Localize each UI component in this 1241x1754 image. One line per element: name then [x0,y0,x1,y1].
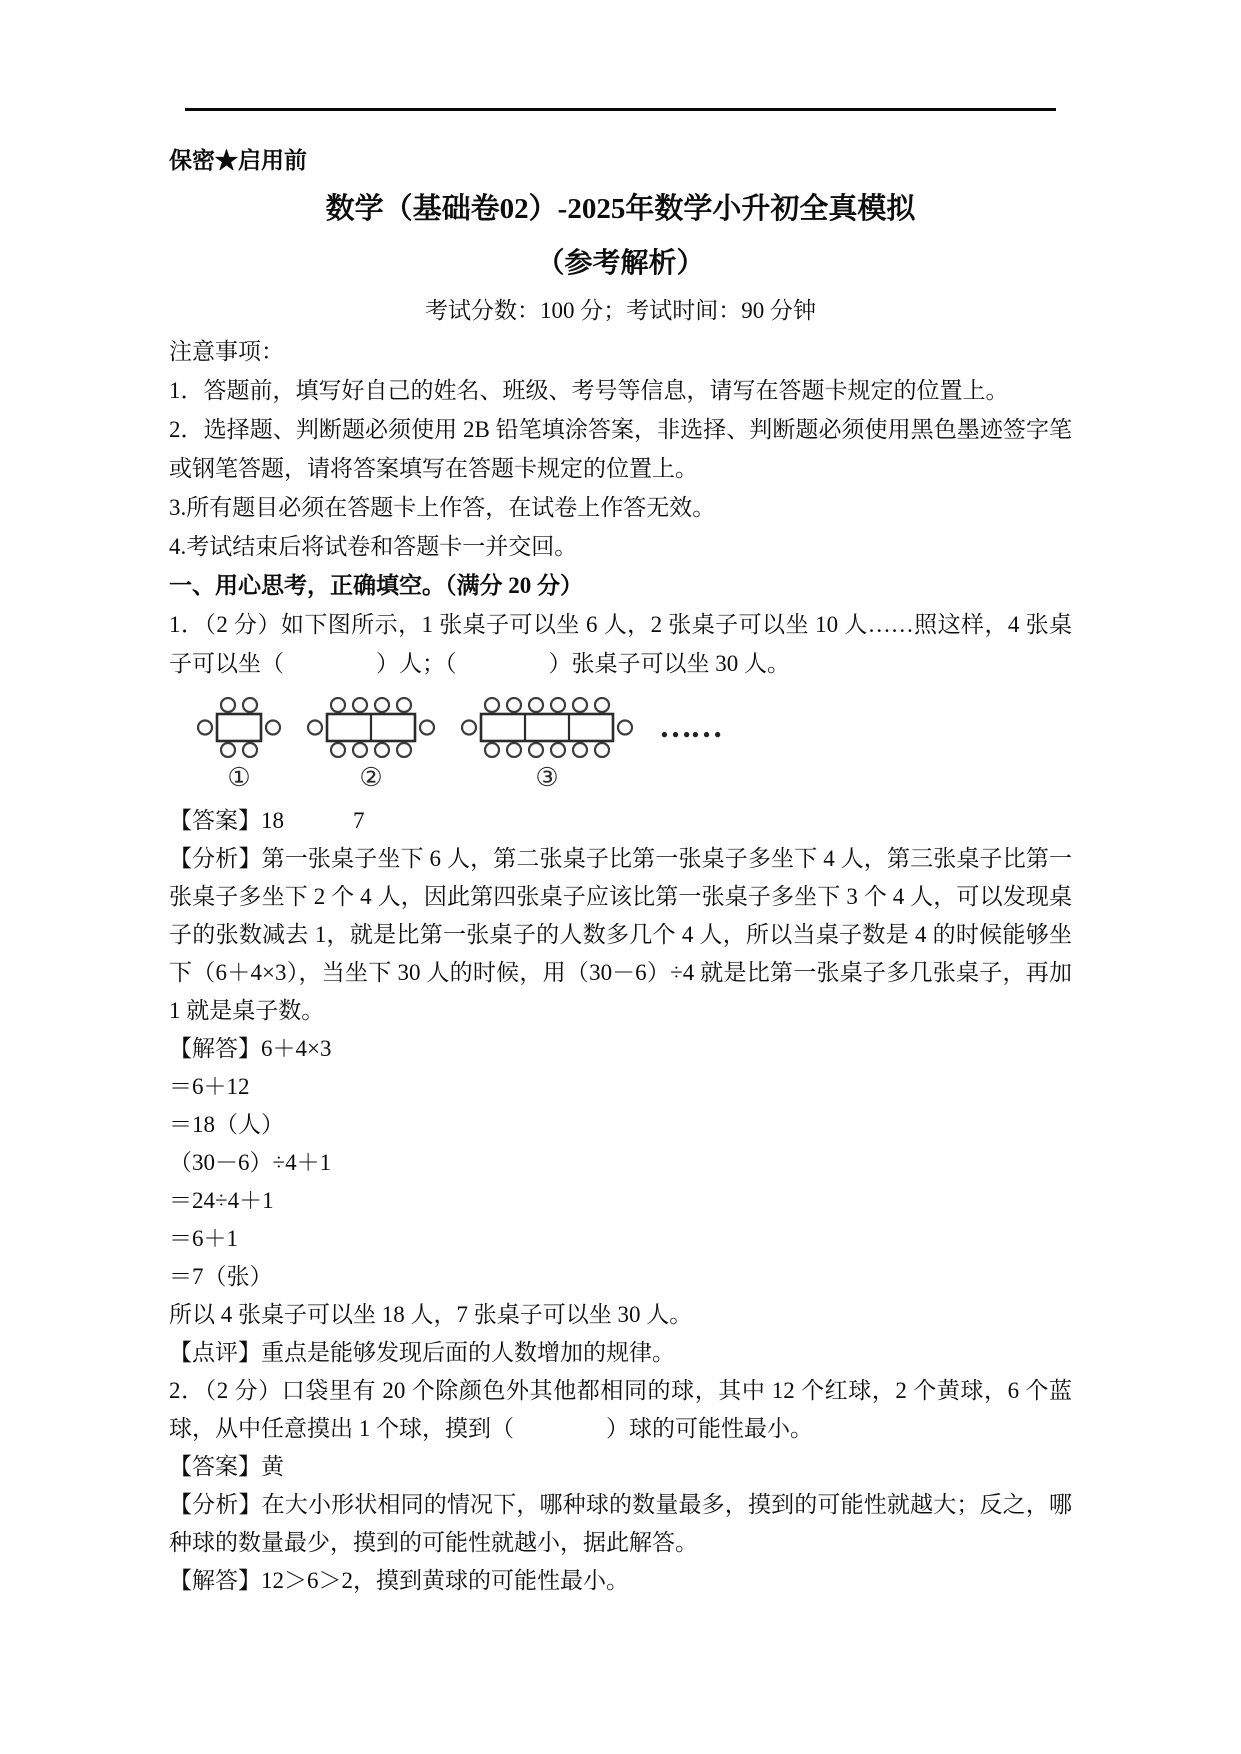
figure-caption: ③ [535,763,558,792]
question-1-answer: 【答案】18 7 [169,802,1072,840]
table-seating-diagram [197,697,281,758]
question1-figure: ①②③…… [197,697,1072,792]
figure-caption: ① [227,763,250,792]
question-2-answer: 【答案】黄 [169,1448,1072,1486]
figure-ellipsis: …… [659,711,721,744]
notice-item-3: 3.所有题目必须在答题卡上作答，在试卷上作答无效。 [169,488,1072,527]
notice-and-question-block: 注意事项： 1．答题前，填写好自己的姓名、班级、考号等信息，请写在答题卡规定的位… [169,332,1072,683]
figure-group-3-tables: ③ [461,697,633,792]
question-1-solution-line: 【解答】6＋4×3 [169,1030,1072,1068]
section-1-heading: 一、用心思考，正确填空。（满分 20 分） [169,566,1072,605]
figure-caption: ② [359,763,382,792]
page-title: 数学（基础卷02）-2025年数学小升初全真模拟 [169,191,1072,227]
question-1-solution-line: ＝18（人） [169,1106,1072,1144]
question-2-stem: 2．（2 分）口袋里有 20 个除颜色外其他都相同的球，其中 12 个红球，2 … [169,1372,1072,1448]
notice-item-1: 1．答题前，填写好自己的姓名、班级、考号等信息，请写在答题卡规定的位置上。 [169,371,1072,410]
question-2-solution: 【解答】12＞6＞2，摸到黄球的可能性最小。 [169,1562,1072,1600]
table-seating-diagram [461,697,633,758]
security-notice: 保密★启用前 [169,147,1072,175]
question-1-solution-line: ＝7（张） [169,1258,1072,1296]
exam-info: 考试分数：100 分；考试时间：90 分钟 [169,297,1072,325]
page-subtitle: （参考解析） [169,247,1072,281]
question-1-solution-line: ＝24÷4＋1 [169,1182,1072,1220]
figure-group-1-tables: ① [197,697,281,792]
question-1-comment: 【点评】重点是能够发现后面的人数增加的规律。 [169,1334,1072,1372]
solutions-block: 【答案】18 7 【分析】第一张桌子坐下 6 人，第二张桌子比第一张桌子多坐下 … [169,802,1072,1600]
question-1-solution-line: ＝6＋1 [169,1220,1072,1258]
question-1-stem: 1．（2 分）如下图所示，1 张桌子可以坐 6 人，2 张桌子可以坐 10 人…… [169,605,1072,683]
notice-item-2: 2．选择题、判断题必须使用 2B 铅笔填涂答案，非选择、判断题必须使用黑色墨迹签… [169,410,1072,488]
notice-heading: 注意事项： [169,332,1072,371]
exam-paper-page: 保密★启用前 数学（基础卷02）-2025年数学小升初全真模拟 （参考解析） 考… [0,0,1241,1754]
question-1-solution-line: （30－6）÷4＋1 [169,1144,1072,1182]
question-1-solution-line: ＝6＋12 [169,1068,1072,1106]
figure-group-2-tables: ② [307,697,435,792]
question-1-analysis: 【分析】第一张桌子坐下 6 人，第二张桌子比第一张桌子多坐下 4 人，第三张桌子… [169,840,1072,1030]
question-2-analysis: 【分析】在大小形状相同的情况下，哪种球的数量最多，摸到的可能性就越大；反之，哪种… [169,1486,1072,1562]
question-1-solution-line: 所以 4 张桌子可以坐 18 人，7 张桌子可以坐 30 人。 [169,1296,1072,1334]
notice-item-4: 4.考试结束后将试卷和答题卡一并交回。 [169,527,1072,566]
table-seating-diagram [307,697,435,758]
header-rule [185,108,1056,111]
